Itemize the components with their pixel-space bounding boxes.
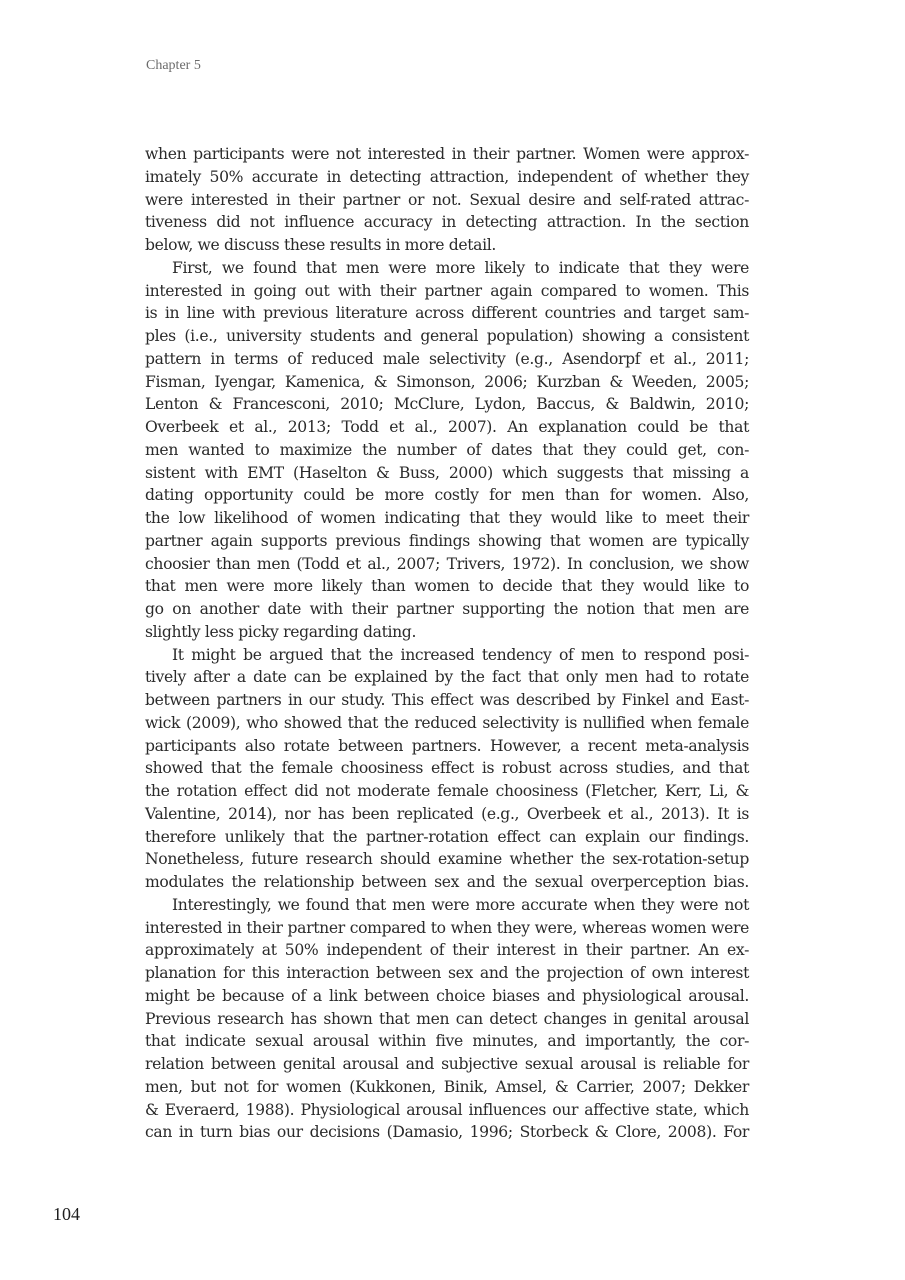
- page-number: 104: [53, 1204, 80, 1225]
- text-line: between partners in our study. This effe…: [145, 689, 749, 712]
- text-line: ples (i.e., university students and gene…: [145, 325, 749, 348]
- text-line: might be because of a link between choic…: [145, 985, 749, 1008]
- text-line: It might be argued that the increased te…: [145, 644, 749, 667]
- text-line: therefore unlikely that the partner-rota…: [145, 826, 749, 849]
- text-line: interested in their partner compared to …: [145, 917, 749, 940]
- text-line: Valentine, 2014), nor has been replicate…: [145, 803, 749, 826]
- text-line: planation for this interaction between s…: [145, 962, 749, 985]
- text-line: Lenton & Francesconi, 2010; McClure, Lyd…: [145, 393, 749, 416]
- text-line: when participants were not interested in…: [145, 143, 749, 166]
- paragraph: when participants were not interested in…: [145, 143, 749, 257]
- text-line: sistent with EMT (Haselton & Buss, 2000)…: [145, 462, 749, 485]
- text-line: interested in going out with their partn…: [145, 280, 749, 303]
- text-line: men, but not for women (Kukkonen, Binik,…: [145, 1076, 749, 1099]
- text-line: can in turn bias our decisions (Damasio,…: [145, 1121, 749, 1144]
- text-line: below, we discuss these results in more …: [145, 234, 749, 257]
- paragraph: It might be argued that the increased te…: [145, 644, 749, 894]
- text-line: tively after a date can be explained by …: [145, 666, 749, 689]
- text-line: partner again supports previous findings…: [145, 530, 749, 553]
- text-line: approximately at 50% independent of thei…: [145, 939, 749, 962]
- text-line: pattern in terms of reduced male selecti…: [145, 348, 749, 371]
- running-head: Chapter 5: [146, 58, 201, 74]
- text-line: is in line with previous literature acro…: [145, 302, 749, 325]
- text-line: the low likelihood of women indicating t…: [145, 507, 749, 530]
- text-line: that men were more likely than women to …: [145, 575, 749, 598]
- text-line: slightly less picky regarding dating.: [145, 621, 749, 644]
- text-line: tiveness did not influence accuracy in d…: [145, 211, 749, 234]
- text-line: imately 50% accurate in detecting attrac…: [145, 166, 749, 189]
- text-line: choosier than men (Todd et al., 2007; Tr…: [145, 553, 749, 576]
- text-line: participants also rotate between partner…: [145, 735, 749, 758]
- text-line: go on another date with their partner su…: [145, 598, 749, 621]
- text-line: Interestingly, we found that men were mo…: [145, 894, 749, 917]
- text-line: Fisman, Iyengar, Kamenica, & Simonson, 2…: [145, 371, 749, 394]
- text-line: men wanted to maximize the number of dat…: [145, 439, 749, 462]
- text-line: relation between genital arousal and sub…: [145, 1053, 749, 1076]
- text-line: that indicate sexual arousal within five…: [145, 1030, 749, 1053]
- text-line: First, we found that men were more likel…: [145, 257, 749, 280]
- text-line: the rotation effect did not moderate fem…: [145, 780, 749, 803]
- text-line: were interested in their partner or not.…: [145, 189, 749, 212]
- text-line: dating opportunity could be more costly …: [145, 484, 749, 507]
- text-line: Nonetheless, future research should exam…: [145, 848, 749, 871]
- text-line: showed that the female choosiness effect…: [145, 757, 749, 780]
- text-line: modulates the relationship between sex a…: [145, 871, 749, 894]
- paragraph: Interestingly, we found that men were mo…: [145, 894, 749, 1144]
- text-line: Previous research has shown that men can…: [145, 1008, 749, 1031]
- text-line: & Everaerd, 1988). Physiological arousal…: [145, 1099, 749, 1122]
- paragraph: First, we found that men were more likel…: [145, 257, 749, 644]
- text-line: Overbeek et al., 2013; Todd et al., 2007…: [145, 416, 749, 439]
- text-line: wick (2009), who showed that the reduced…: [145, 712, 749, 735]
- body-text: when participants were not interested in…: [145, 143, 749, 1144]
